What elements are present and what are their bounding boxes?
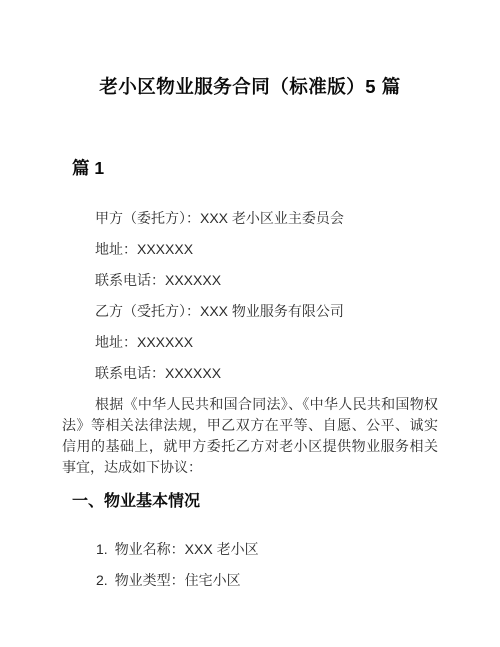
list-item-number: 1. xyxy=(96,539,108,560)
party-b-line: 乙方（受托方）：XXX 物业服务有限公司 xyxy=(62,301,438,322)
contract-document-page: 老小区物业服务合同（标准版）5 篇 篇 1 甲方（委托方）：XXX 老小区业主委… xyxy=(0,0,500,647)
list-item-text: 物业类型：住宅小区 xyxy=(115,572,241,588)
party-a-address-line: 地址：XXXXXX xyxy=(62,239,438,260)
intro-paragraph: 根据《中华人民共和国合同法》、《中华人民共和国物权法》等相关法律法规，甲乙双方在… xyxy=(62,394,438,478)
list-item-property-type: 2.物业类型：住宅小区 xyxy=(62,570,438,591)
part-1-heading: 篇 1 xyxy=(62,157,438,179)
party-b-phone-line: 联系电话：XXXXXX xyxy=(62,363,438,384)
party-a-phone-line: 联系电话：XXXXXX xyxy=(62,270,438,291)
list-item-text: 物业名称：XXX 老小区 xyxy=(115,541,259,557)
section-1-heading: 一、物业基本情况 xyxy=(62,491,438,512)
list-item-property-name: 1.物业名称：XXX 老小区 xyxy=(62,539,438,560)
document-title: 老小区物业服务合同（标准版）5 篇 xyxy=(62,75,438,99)
list-item-number: 2. xyxy=(96,570,108,591)
party-a-line: 甲方（委托方）：XXX 老小区业主委员会 xyxy=(62,208,438,229)
party-b-address-line: 地址：XXXXXX xyxy=(62,332,438,353)
